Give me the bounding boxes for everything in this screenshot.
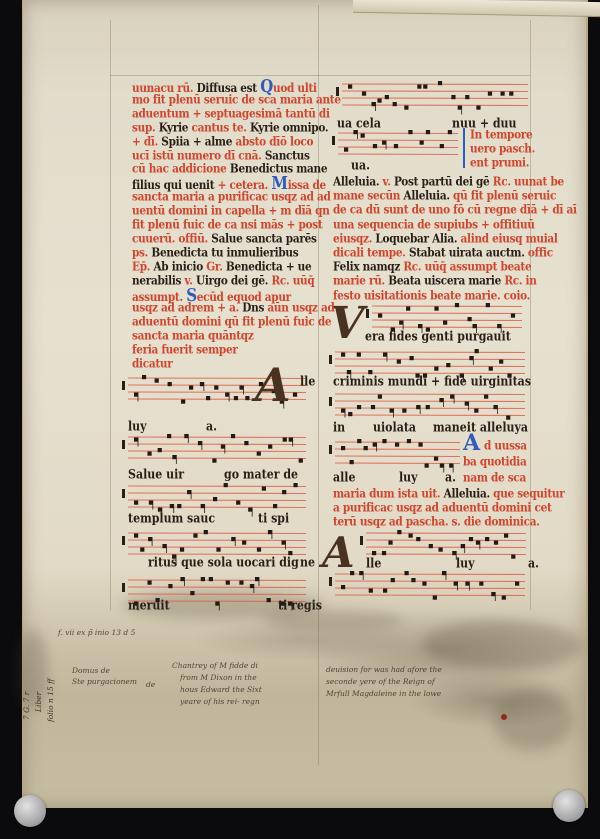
annotation-left-block: Domus de Ste purgacionem bbox=[72, 665, 137, 687]
lyric-lle-left: lle bbox=[300, 374, 315, 389]
text-line: terū usqz ad pascha. s. die dominica. bbox=[333, 514, 540, 530]
rubric-text: aduentum + septuagesimā tantū di bbox=[132, 107, 330, 121]
rubric-text: Rc. uunat be bbox=[493, 175, 564, 189]
lyric-syllable: ritus que sola uocari dig bbox=[148, 555, 299, 570]
pin-bottom-right bbox=[553, 790, 585, 822]
chant-text: Post partū dei gē bbox=[391, 175, 493, 189]
lyric-syllable: ti regis bbox=[278, 598, 322, 613]
annotation-line: from M Dixon in the bbox=[172, 672, 262, 684]
lyric-syllable: lle bbox=[366, 556, 381, 571]
side-rubric-line: nam de sca bbox=[463, 470, 526, 486]
side-rubric-line: ent prumi. bbox=[470, 155, 529, 171]
chant-text: Spiia + alme bbox=[158, 135, 236, 149]
rubric-text: eiusqz. bbox=[333, 232, 372, 246]
rubric-text: ps. bbox=[132, 246, 148, 260]
annotation-vertical-3: folio n 15 ff bbox=[46, 679, 55, 722]
lyric-syllable: criminis mundi + fide uirginitas bbox=[333, 374, 531, 389]
chant-text: Beata uiscera marie bbox=[385, 275, 504, 289]
annotation-middle-block: Chantrey of M fidde di from M Dixon in t… bbox=[172, 660, 262, 708]
rubric-text: uentū domini in capella + m dīā qn bbox=[132, 204, 330, 218]
lyric-syllable: ne bbox=[300, 555, 315, 570]
rubric-text: Rc. in bbox=[504, 275, 536, 289]
annotation-right-block: deuision for was had afore the seconde y… bbox=[326, 664, 442, 700]
lyric-syllable: templum sauc bbox=[128, 511, 215, 526]
ruling-top bbox=[110, 75, 530, 76]
annotation-top-left: f. vii ex p̃ inio 13 d 5 bbox=[58, 628, 135, 637]
annotation-line: Domus de bbox=[72, 665, 137, 676]
lyric-syllable: a. bbox=[206, 419, 217, 434]
lyric-syllable: ua cela bbox=[337, 116, 381, 131]
lyric-syllable: a. bbox=[445, 470, 456, 485]
rubric-text: maria dum ista uit. bbox=[333, 487, 444, 501]
lyric-syllable: ua. bbox=[351, 158, 370, 173]
rubric-text: de ca dū sunt de uno fō cū regne dīā + d… bbox=[333, 204, 577, 218]
annotation-line: Ste purgacionem bbox=[72, 676, 137, 687]
lyric-syllable: maneit alleluya bbox=[433, 420, 528, 435]
annotation-line: seconde yere of the Reign of bbox=[326, 676, 442, 688]
annotation-line: Chantrey of M fidde di bbox=[172, 660, 262, 672]
rubric-text: sup. bbox=[132, 121, 155, 135]
stain bbox=[423, 620, 583, 670]
rubric-text: feria fuerit semper bbox=[132, 343, 238, 357]
side-rubric-line: ba quotidia bbox=[463, 454, 526, 470]
decorated-initial-a-left: A bbox=[255, 358, 291, 412]
rubric-text: que sequitur bbox=[490, 487, 565, 501]
chant-text: Stabat uirata auctm. bbox=[406, 246, 525, 260]
ruling-left-margin bbox=[110, 20, 111, 610]
rubric-text: + dī. bbox=[132, 135, 158, 149]
text-line: festo uisitationis beate marie. coio. bbox=[333, 288, 530, 304]
lyric-syllable: go mater de bbox=[224, 467, 298, 482]
lyric-syllable: luy bbox=[128, 419, 147, 434]
lyric-syllable: in bbox=[333, 420, 345, 435]
rubric-text: alind eiusq muial bbox=[457, 232, 557, 246]
lyric-syllable: luy bbox=[399, 470, 418, 485]
rubric-text: dicali tempe. bbox=[333, 246, 406, 260]
lyric-syllable: uiolata bbox=[373, 420, 416, 435]
chant-text: Benedicta + ue bbox=[223, 260, 312, 274]
rubric-text: una sequencia de supiubs + offitiuū bbox=[333, 218, 535, 232]
rubric-text: Ep̄. bbox=[132, 260, 150, 274]
annotation-vertical-2: Liber bbox=[34, 692, 43, 712]
lyric-syllable: era fides genti purgauit bbox=[365, 329, 511, 344]
rubric-text: fit plenū fuic de ca nsi mās + post bbox=[132, 218, 322, 232]
chant-text: Uirgo dei gē. bbox=[193, 274, 272, 288]
rubric-text: festo uisitationis beate marie. coio. bbox=[333, 289, 530, 303]
rubric-text: absto dīō loco bbox=[235, 135, 313, 149]
chant-text: Benedicta tu inmulieribus bbox=[148, 246, 298, 260]
rubric-text: Rc. uūq̄ bbox=[271, 274, 314, 288]
text-line: dicatur bbox=[132, 356, 172, 372]
chant-text: Alleluia. bbox=[444, 487, 490, 501]
decorated-initial-v: V bbox=[330, 298, 364, 349]
chant-text: Salue sancta parēs bbox=[208, 232, 317, 246]
lyric-syllable: Salue uir bbox=[128, 467, 184, 482]
rubric-text: dicatur bbox=[132, 357, 172, 371]
rubric-text: a purificac usqz ad aduentū domini cet bbox=[333, 501, 552, 515]
chant-text: Ab inicio bbox=[150, 260, 206, 274]
annotation-line: hous Edward the Sixt bbox=[172, 684, 262, 696]
stain bbox=[493, 690, 573, 750]
chant-text: Alleluia. bbox=[333, 175, 383, 189]
pin-bottom-left bbox=[14, 795, 46, 827]
chant-text: Kyrie bbox=[155, 121, 191, 135]
lyric-syllable: alle bbox=[333, 470, 355, 485]
rubric-text: v. bbox=[383, 175, 391, 189]
red-ink-spot bbox=[501, 714, 507, 720]
rubric-text: Gr. bbox=[206, 260, 222, 274]
annotation-line: deuision for was had afore the bbox=[326, 664, 442, 676]
annotation-line: yeare of his rei- regn bbox=[172, 696, 262, 708]
chant-text: Kyrie omnipo. bbox=[247, 121, 329, 135]
rubric-text: cuuerū. offiū. bbox=[132, 232, 208, 246]
annotation-vertical-1: 7 G. 7 r bbox=[22, 692, 31, 720]
rubric-text: marie rū. bbox=[333, 275, 385, 289]
rubric-text: terū usqz ad pascha. s. die dominica. bbox=[333, 515, 540, 529]
rubric-text: mo fit plenū seruic de sca maria ante bbox=[132, 93, 341, 107]
rubric-text: offic bbox=[525, 246, 553, 260]
chant-text: Loquebar Alia. bbox=[372, 232, 457, 246]
lyric-syllable: a. bbox=[528, 556, 539, 571]
annotation-de: de bbox=[146, 680, 155, 689]
lyric-syllable: meruit bbox=[128, 598, 170, 613]
decorated-initial-a-right: A bbox=[322, 528, 355, 577]
lyric-syllable: luy bbox=[456, 556, 475, 571]
lyric-syllable: ti spi bbox=[258, 511, 289, 526]
chant-text: nerabilis bbox=[132, 274, 185, 288]
annotation-line: Mrfull Magdaleine in the lowe bbox=[326, 688, 442, 700]
rubric-text: cantus te. bbox=[192, 121, 247, 135]
side-rubric-line: d uussa bbox=[484, 438, 527, 454]
torn-top-edge bbox=[353, 0, 600, 17]
